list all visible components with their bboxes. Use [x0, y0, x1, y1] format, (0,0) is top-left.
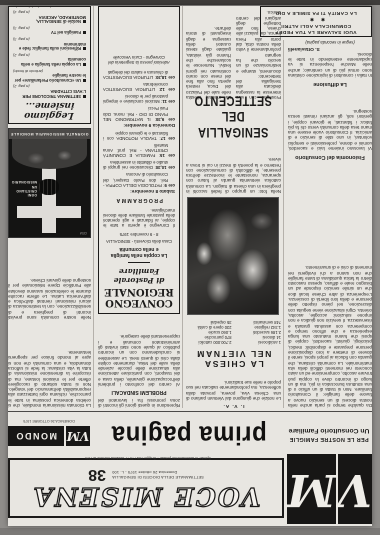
- settecento-paragraph-2: La mostra, allestita nelle sale del Pala…: [186, 8, 231, 100]
- sindacali-subhead: PROBLEMI SINDACALI: [98, 389, 180, 395]
- sindacali-paragraph-2: Al centro del confronto i problemi dell'…: [98, 317, 180, 387]
- leggiamo-heading: Leggiamo insieme...: [12, 100, 87, 120]
- scan-edge-bottom: [0, 528, 380, 535]
- leggiamo-insieme-box: Leggiamo insieme... SETTIMANA TRICOLORE …: [8, 6, 91, 124]
- contents-item-page: (a pag. 3): [13, 25, 86, 30]
- consultorio-subhead-1: Fisionomia del Consultorio: [288, 154, 372, 160]
- contents-item: Notizie di SENIGALLIA, MONTERADO, ARCEVI…: [13, 9, 86, 23]
- vietnam-paragraph-1: Le notizie che giungono dal Vietnam parl…: [186, 371, 281, 401]
- contents-item: Un «Consultorio Prefamiliare» per le nos…: [13, 68, 86, 82]
- vm-mondo-label: MONDO: [8, 426, 64, 446]
- newspaper-scan-screenshot: { "masthead": { "logo_letter_v": "V", "l…: [0, 0, 380, 535]
- convegno-subtitle: La coppia nella famiglia e nella comunit…: [103, 246, 175, 258]
- schedule-item: ore 9,30: IL MATRIMONIO NEL PIANO DI DIO…: [103, 106, 175, 121]
- square-bullet-icon: [83, 31, 86, 34]
- schedule-time: ore 12: [160, 87, 175, 92]
- page-section-label: prima pagina: [96, 417, 282, 452]
- contents-item: SETTIMANA TRICOLORE PER L'AVIS CITTADINA…: [13, 84, 86, 98]
- newspaper-title: VOCE MISENA: [31, 484, 260, 510]
- contents-item-text: Notizie di SENIGALLIA, MONTERADO, ARCEVI…: [36, 15, 86, 25]
- vietnam-statistics: 1 arcidiocesi 14 diocesi 2.186 sacerdoti…: [186, 317, 281, 345]
- vm-logo-letter-v: V: [338, 454, 372, 524]
- schedule-item: ore 9: PATOLOGIA DELLA COPPIA - Rel. don…: [103, 172, 175, 187]
- square-bullet-icon: [83, 47, 86, 50]
- missione-paragraph-1: La Giornata missionaria mondiale, che si…: [8, 323, 91, 408]
- missionary-day-poster: CEM OGNI CRISTIANO UN MISSIONARIO GIORNA…: [8, 128, 91, 238]
- contents-item-page: (a pag. 3): [13, 36, 86, 41]
- missione-paragraph-2: Nelle nostre comunità sono previsti inco…: [8, 242, 91, 320]
- masthead-taglines: SETTIMANALE DELLA DIOCESI DI SENIGALLIA …: [112, 470, 204, 479]
- schedule-time: ore 9,30: [156, 117, 175, 122]
- contents-item-page: (a pag. 4): [13, 9, 86, 14]
- schedule-text: PATOLOGIA DELLA COPPIA - Rel. don Paolo …: [103, 172, 168, 187]
- consultorio-paragraph-1: Da qualche tempo si parla anche nella no…: [288, 162, 372, 408]
- settecento-headline-line1: SENIGALLIA: [187, 123, 279, 139]
- consultorio-subhead-2: La diffusione: [288, 81, 372, 87]
- issue-number: 38: [88, 467, 106, 483]
- schedule-time: ore 17: [161, 136, 175, 141]
- schedule-item: ore 11: Mozioni conclusive e impegni pas…: [103, 94, 175, 104]
- convegno-footer: Adesioni presso la Segreteria del Conveg…: [103, 55, 175, 65]
- poster-credit: CEM: [80, 231, 87, 235]
- promo-separator: ✱ ✱: [307, 16, 325, 22]
- contents-item: Riflessioni sulla famiglia: fede e matri…: [13, 36, 86, 50]
- lead-article-kicker: PER LE NOSTRE FAMIGLIE: [286, 436, 372, 442]
- convegno-title-line2: REGIONALE: [103, 286, 175, 297]
- vm-mondo-logo: VM MONDO: [8, 426, 90, 446]
- lead-article-headline: Un Consultorio Familiare: [286, 426, 372, 434]
- schedule-time: ore 15: [160, 153, 175, 158]
- consultorio-paragraph-2: Vi lavorano insieme laici e sacerdoti, u…: [288, 90, 372, 151]
- convegno-title-line1: CONVEGNO: [103, 297, 175, 308]
- convegno-rule: [128, 262, 150, 263]
- column-rule-1: [283, 40, 284, 408]
- convegno-venue: Casa della Gioventù - SENIGALLIA: [103, 239, 175, 244]
- vietnam-headline: LA CHIESA NEL VIETNAM: [186, 349, 281, 369]
- schedule-item: ore 12: LITURGIA EUCARISTICA concelebrat…: [103, 82, 175, 92]
- globe-icon: [12, 139, 87, 169]
- schedule-time: ore 18,30: [156, 75, 175, 80]
- contents-item-text: SETTIMANA TRICOLORE PER L'AVIS CITTADINA: [22, 89, 86, 99]
- schedule-text: FAMIGLIA E COMUNITÀ CRISTIANA - Rel. pro…: [103, 143, 168, 158]
- vm-mondo-caption: DOMENICA 26 OTTOBRE 1975: [8, 419, 90, 423]
- settecento-paragraph-1: Prosegue con vivo interesse la rassegna …: [236, 8, 281, 100]
- schedule-text: TAVOLA ROTONDA con i fidanzati e le giov…: [103, 131, 168, 141]
- contents-item-text: La cronaca settimanale dei nostri campan…: [16, 6, 86, 8]
- poster-banner: GIORNATA MISSIONARIA MONDIALE: [9, 129, 90, 139]
- vm-masthead-logo: V M: [290, 454, 372, 524]
- square-bullet-icon: [83, 79, 86, 82]
- convegno-programma-label: PROGRAMMA: [103, 197, 175, 203]
- contents-item-text: Un «Consultorio Prefamiliare» per le nos…: [15, 73, 86, 83]
- masthead-box: VOCE MISENA SETTIMANALE DELLA DIOCESI DI…: [8, 458, 284, 518]
- column-rule-3: [93, 6, 94, 408]
- convegno-intro: Il Convegno è aperto a tutte le coppie, …: [103, 208, 175, 228]
- contents-item-page: (a pag. 2): [13, 52, 86, 57]
- contents-item-text: Famiglia nel TV: [51, 30, 81, 35]
- square-bullet-icon: [83, 63, 86, 66]
- masthead-divider-rule: [8, 411, 372, 412]
- vm-mondo-logo-letters: VM: [66, 426, 90, 446]
- contents-item-page: (a pag. 2): [13, 84, 86, 89]
- schedule-item: ore 15: FAMIGLIA E COMUNITÀ CRISTIANA - …: [103, 143, 175, 158]
- vm-logo-letter-m: M: [287, 454, 336, 524]
- schedule-time: ore 11: [162, 99, 175, 104]
- contents-item: Famiglia nel TV(a pag. 3): [13, 25, 86, 35]
- contents-item-text: La coppia nella famiglia e nella comunit…: [21, 57, 86, 67]
- schedule-item: ore 10,30: Discussione nei gruppi di stu…: [103, 160, 175, 170]
- article-signature: S. Ottavianelli: [288, 46, 372, 51]
- vietnam-kicker: I. V. A.: [186, 403, 281, 408]
- contents-item-page: (articolo di fondo): [13, 68, 86, 73]
- postal-line: Spediz. in abbonamento postale - Gruppo …: [12, 456, 284, 460]
- masthead-tagline-1: SETTIMANALE DELLA DIOCESI DI SENIGALLIA: [112, 475, 204, 480]
- consultorio-paragraph-3: In Italia i consultori di ispirazione cr…: [288, 52, 372, 78]
- masthead-subrow: SETTIMANALE DELLA DIOCESI DI SENIGALLIA …: [88, 467, 204, 483]
- rotated-page-wrapper: V M VOCE MISENA SETTIMANALE DELLA DIOCES…: [8, 6, 372, 526]
- cross-icon-arm: [17, 206, 81, 218]
- vietnam-stats-right: 2.700.000 cattolici 870 parrocchie 1.060…: [186, 317, 232, 345]
- schedule-time: ore 9: [165, 183, 175, 188]
- convegno-day-2: Domenica 9 novembre:: [103, 123, 175, 128]
- square-bullet-icon: [83, 20, 86, 23]
- schedule-time: ore 10,30: [156, 165, 175, 170]
- scan-edge-top: [0, 0, 380, 5]
- fist-icon: [39, 179, 59, 195]
- convegno-title-line3: di Pastorale Familiare: [103, 267, 175, 285]
- vietnam-paragraph-2: Nella foto: un gruppo di fedeli raccolti…: [186, 141, 281, 194]
- continuation-note: (segue in seconda pagina): [288, 40, 372, 45]
- square-bullet-icon: [83, 95, 86, 98]
- contents-item: La cronaca settimanale dei nostri campan…: [13, 6, 86, 7]
- schedule-item: ore 18,30: LITURGIA EUCARISTICA di chius…: [103, 70, 175, 80]
- convegno-dates: 8 - 9 novembre 1975: [103, 232, 175, 237]
- column-rule-2: [182, 6, 183, 408]
- schedule-text: Mozioni conclusive e impegni pastorali p…: [103, 94, 168, 104]
- schedule-item: ore 17: TAVOLA ROTONDA con i fidanzati e…: [103, 131, 175, 141]
- square-bullet-icon: [83, 6, 86, 7]
- vietnam-headline-line1: LA CHIESA: [186, 359, 281, 369]
- vietnam-church-photo: [187, 197, 279, 315]
- schedule-text: LITURGIA EUCARISTICA concelebrata: [103, 82, 168, 92]
- newspaper-page: V M VOCE MISENA SETTIMANALE DELLA DIOCES…: [8, 6, 372, 526]
- promo-line-2: LA CARITÀ TI FA SIMILE A DIO: [275, 9, 356, 14]
- convegno-day-1: Sabato 8 novembre:: [103, 189, 175, 194]
- contents-item-text: Riflessioni sulla famiglia: fede e matri…: [19, 42, 86, 52]
- sindacali-paragraph-1: Riprendono in questi giorni gli incontri…: [98, 396, 180, 408]
- convegno-announcement-box: CONVEGNO REGIONALE di Pastorale Familiar…: [98, 6, 180, 314]
- contents-item: La coppia nella famiglia e nella comunit…: [13, 52, 86, 66]
- vietnam-stats-left: 1 arcidiocesi 14 diocesi 2.186 sacerdoti…: [236, 317, 282, 345]
- vietnam-headline-line2: NEL VIETNAM: [186, 349, 281, 359]
- cross-icon: [42, 167, 56, 233]
- poster-slogan: OGNI CRISTIANO UN MISSIONARIO: [11, 180, 37, 197]
